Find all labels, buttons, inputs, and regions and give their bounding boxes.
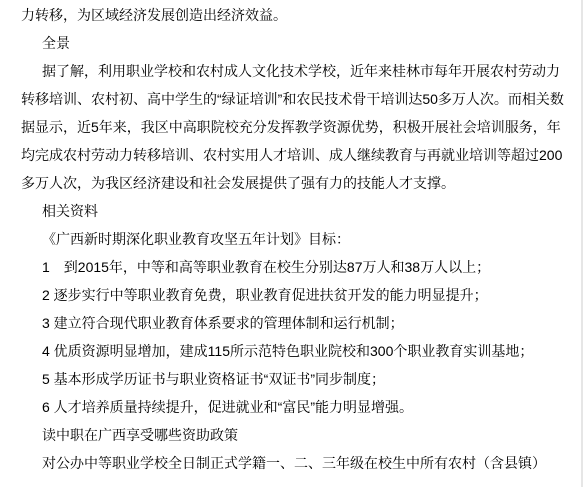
paragraph: 对公办中等职业学校全日制正式学籍一、二、三年级在校生中所有农村（含县镇） [21, 449, 565, 477]
paragraph: 5 基本形成学历证书与职业资格证书“双证书”同步制度； [21, 365, 565, 393]
paragraph: 《广西新时期深化职业教育攻坚五年计划》目标： [21, 225, 565, 253]
paragraph: 2 逐步实行中等职业教育免费，职业教育促进扶贫开发的能力明显提升； [21, 281, 565, 309]
paragraph: 6 人才培养质量持续提升，促进就业和“富民”能力明显增强。 [21, 393, 565, 421]
page-right-border [581, 0, 583, 487]
paragraph: 3 建立符合现代职业教育体系要求的管理体制和运行机制； [21, 309, 565, 337]
paragraph: 全景 [21, 29, 565, 57]
article-body: 力转移，为区域经济发展创造出经济效益。全景据了解，利用职业学校和农村成人文化技术… [0, 0, 586, 477]
paragraph: 4 优质资源明显增加，建成115所示范特色职业院校和300个职业教育实训基地； [21, 337, 565, 365]
paragraph: 1 到2015年，中等和高等职业教育在校生分别达87万人和38万人以上； [21, 253, 565, 281]
paragraph: 相关资料 [21, 197, 565, 225]
paragraph: 据了解，利用职业学校和农村成人文化技术学校，近年来桂林市每年开展农村劳动力转移培… [21, 57, 565, 197]
paragraph: 读中职在广西享受哪些资助政策 [21, 421, 565, 449]
paragraph: 力转移，为区域经济发展创造出经济效益。 [21, 1, 565, 29]
document-page: 力转移，为区域经济发展创造出经济效益。全景据了解，利用职业学校和农村成人文化技术… [0, 0, 586, 487]
